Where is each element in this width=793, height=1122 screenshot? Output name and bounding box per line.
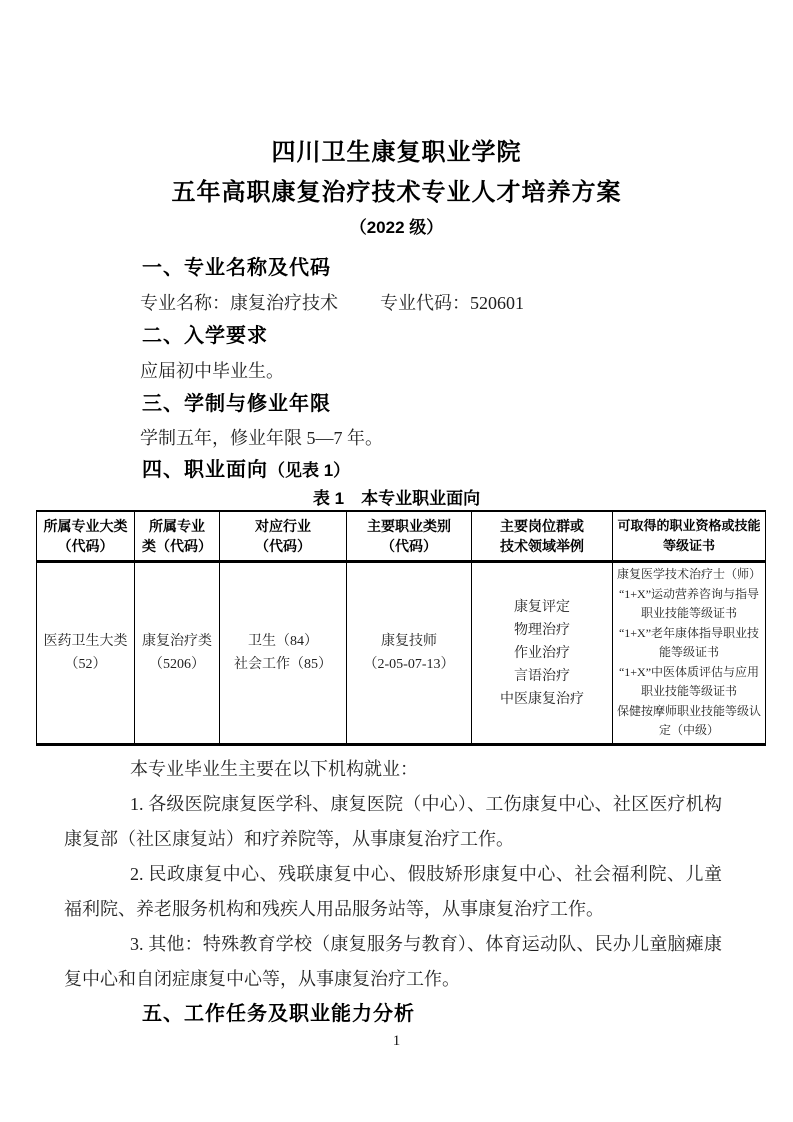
cell-line: 物理治疗 bbox=[474, 619, 610, 642]
col-header-major-class: 所属专业 类（代码） bbox=[135, 511, 220, 562]
employment-item-3: 3. 其他：特殊教育学校（康复服务与教育）、体育运动队、民办儿童脑瘫康复中心和自… bbox=[64, 927, 722, 997]
section-heading-1: 一、专业名称及代码 bbox=[142, 255, 793, 281]
cell-line: 康复治疗类 bbox=[137, 630, 217, 653]
occupation-cell: 康复技师 （2-05-07-13） bbox=[347, 562, 472, 745]
industry-cell: 卫生（84） 社会工作（85） bbox=[220, 562, 347, 745]
cell-line: 康复评定 bbox=[474, 596, 610, 619]
col-header-industry: 对应行业 （代码） bbox=[220, 511, 347, 562]
col-header-line: （代码） bbox=[349, 536, 469, 556]
cell-line: 康复技师 bbox=[349, 630, 469, 653]
cell-line: （5206） bbox=[137, 653, 217, 676]
certificates-cell: 康复医学技术治疗士（师） “1+X”运动营养咨询与指导职业技能等级证书 “1+X… bbox=[613, 562, 766, 745]
col-header-line: 所属专业大类 bbox=[39, 516, 132, 536]
cell-line: 中医康复治疗 bbox=[474, 688, 610, 711]
col-header-line: 可取得的职业资格或技能 bbox=[615, 516, 763, 536]
col-header-line: 对应行业 bbox=[222, 516, 344, 536]
career-orientation-table: 所属专业大类 （代码） 所属专业 类（代码） 对应行业 （代码） 主要职业类别 … bbox=[36, 510, 766, 746]
col-header-posts: 主要岗位群或 技术领域举例 bbox=[472, 511, 613, 562]
col-header-certificates: 可取得的职业资格或技能 等级证书 bbox=[613, 511, 766, 562]
cell-line: 医药卫生大类 bbox=[39, 630, 132, 653]
major-name-label: 专业名称： bbox=[140, 293, 230, 313]
section-heading-4-note: （见表 1） bbox=[268, 461, 350, 480]
section-heading-5: 五、工作任务及职业能力分析 bbox=[142, 1001, 793, 1027]
col-header-line: （代码） bbox=[39, 536, 132, 556]
major-name-value: 康复治疗技术 bbox=[230, 293, 338, 313]
cell-line: 言语治疗 bbox=[474, 665, 610, 688]
col-header-line: 所属专业 bbox=[137, 516, 217, 536]
col-header-line: （代码） bbox=[222, 536, 344, 556]
schooling-years-text: 学制五年，修业年限 5—7 年。 bbox=[140, 425, 793, 451]
col-header-line: 类（代码） bbox=[137, 536, 217, 556]
page-number: 1 bbox=[0, 1032, 793, 1050]
certificate-item: 康复医学技术治疗士（师） bbox=[616, 565, 762, 585]
cell-line: 社会工作（85） bbox=[222, 653, 344, 676]
program-title: 五年高职康复治疗技术专业人才培养方案 bbox=[0, 178, 793, 208]
major-code-value: 520601 bbox=[470, 293, 524, 313]
employment-paragraphs: 本专业毕业生主要在以下机构就业： 1. 各级医院康复医学科、康复医院（中心）、工… bbox=[64, 752, 722, 997]
table-header-row: 所属专业大类 （代码） 所属专业 类（代码） 对应行业 （代码） 主要职业类别 … bbox=[37, 511, 766, 562]
cell-line: （2-05-07-13） bbox=[349, 653, 469, 676]
certificate-item: “1+X”运动营养咨询与指导职业技能等级证书 bbox=[616, 585, 762, 624]
section-heading-3: 三、学制与修业年限 bbox=[142, 391, 793, 417]
col-header-line: 技术领域举例 bbox=[474, 536, 610, 556]
college-title: 四川卫生康复职业学院 bbox=[0, 138, 793, 168]
col-header-major-category: 所属专业大类 （代码） bbox=[37, 511, 135, 562]
certificate-item: “1+X”老年康体指导职业技能等级证书 bbox=[616, 624, 762, 663]
employment-intro: 本专业毕业生主要在以下机构就业： bbox=[64, 752, 722, 787]
col-header-line: 主要岗位群或 bbox=[474, 516, 610, 536]
certificate-item: “1+X”中医体质评估与应用职业技能等级证书 bbox=[616, 663, 762, 702]
table-body-row: 医药卫生大类 （52） 康复治疗类 （5206） 卫生（84） 社会工作（85）… bbox=[37, 562, 766, 745]
section-heading-4: 四、职业面向（见表 1） bbox=[142, 457, 793, 484]
cohort-year: （2022 级） bbox=[0, 216, 793, 240]
col-header-line: 等级证书 bbox=[615, 536, 763, 556]
certificate-item: 保健按摩师职业技能等级认定（中级） bbox=[616, 702, 762, 741]
col-header-occupation: 主要职业类别 （代码） bbox=[347, 511, 472, 562]
cell-line: （52） bbox=[39, 653, 132, 676]
section-heading-2: 二、入学要求 bbox=[142, 323, 793, 349]
cell-line: 作业治疗 bbox=[474, 642, 610, 665]
col-header-line: 主要职业类别 bbox=[349, 516, 469, 536]
posts-cell: 康复评定 物理治疗 作业治疗 言语治疗 中医康复治疗 bbox=[472, 562, 613, 745]
major-code-label: 专业代码： bbox=[380, 293, 470, 313]
admission-requirement-text: 应届初中毕业生。 bbox=[140, 358, 793, 384]
cell-line: 卫生（84） bbox=[222, 630, 344, 653]
employment-item-2: 2. 民政康复中心、残联康复中心、假肢矫形康复中心、社会福利院、儿童福利院、养老… bbox=[64, 857, 722, 927]
major-category-cell: 医药卫生大类 （52） bbox=[37, 562, 135, 745]
major-name-code-line: 专业名称：康复治疗技术专业代码：520601 bbox=[140, 290, 793, 316]
employment-item-1: 1. 各级医院康复医学科、康复医院（中心）、工伤康复中心、社区医疗机构康复部（社… bbox=[64, 787, 722, 857]
major-class-cell: 康复治疗类 （5206） bbox=[135, 562, 220, 745]
section-heading-4-main: 四、职业面向 bbox=[142, 459, 268, 481]
table-1-caption: 表 1 本专业职业面向 bbox=[0, 488, 793, 510]
